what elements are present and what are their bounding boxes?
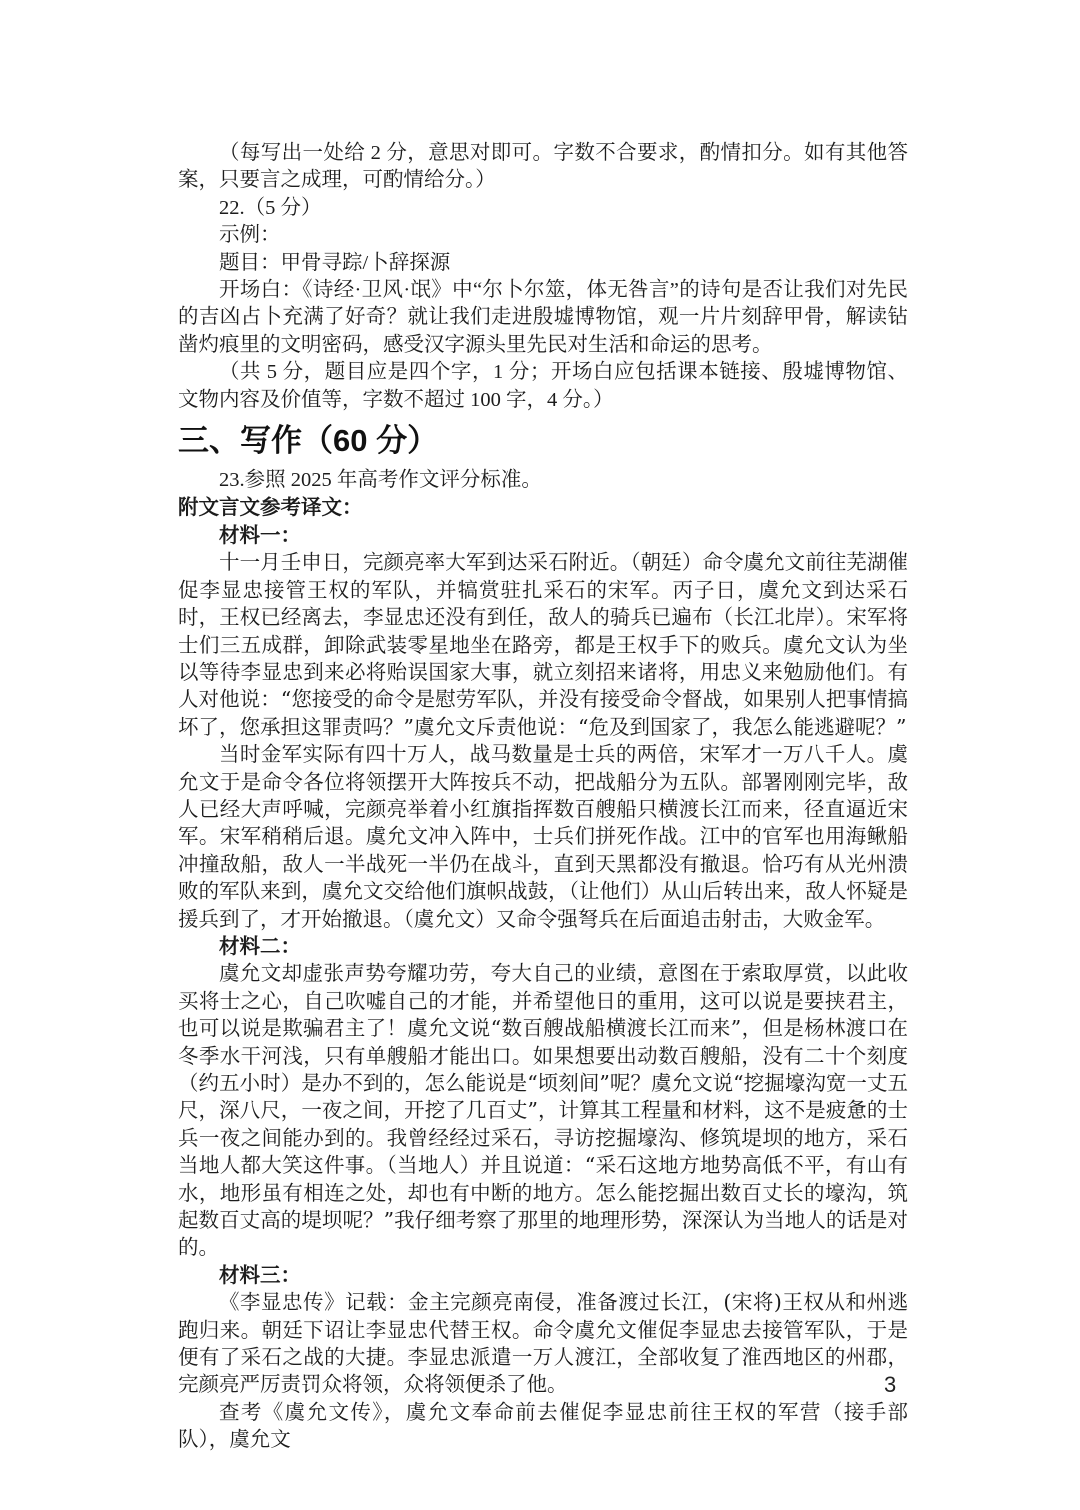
material-1-paragraph-2: 当时金军实际有四十万人，战马数量是士兵的两倍，宋军才一万八千人。虞允文于是命令各… (178, 741, 908, 933)
material-1-paragraph-1: 十一月壬申日，完颜亮率大军到达采石附近。（朝廷）命令虞允文前往芜湖催促李显忠接管… (178, 549, 908, 741)
q22-opening-paragraph: 开场白：《诗经·卫风·氓》中“尔卜尔筮，体无咎言”的诗句是否让我们对先民的吉凶占… (178, 277, 908, 359)
q22-scoring-note: （共 5 分，题目应是四个字，1 分；开场白应包括课本链接、殷墟博物馆、文物内容… (178, 359, 908, 414)
q23-line: 23.参照 2025 年高考作文评分标准。 (178, 467, 908, 494)
material-2-paragraph-1: 虞允文却虚张声势夸耀功劳，夸大自己的业绩，意图在于索取厚赏，以此收买将士之心，自… (178, 960, 908, 1261)
section-writing-heading: 三、写作（60 分） (178, 419, 908, 463)
material-2-label: 材料二： (178, 933, 908, 960)
q21-scoring-note: （每写出一处给 2 分，意思对即可。字数不合要求，酌情扣分。如有其他答案，只要言… (178, 140, 908, 195)
material-3-paragraph-2: 查考《虞允文传》，虞允文奉命前去催促李显忠前往王权的军营（接手部队），虞允文 (178, 1399, 908, 1454)
q22-header: 22.（5 分） (178, 195, 908, 222)
page-content: （每写出一处给 2 分，意思对即可。字数不合要求，酌情扣分。如有其他答案，只要言… (178, 140, 908, 1454)
material-3-paragraph-1: 《李显忠传》记载：金主完颜亮南侵，准备渡过长江，(宋将)王权从和州逃跑归来。朝廷… (178, 1289, 908, 1399)
q22-title-line: 题目：甲骨寻踪/卜辞探源 (178, 250, 908, 277)
page-number: 3 (884, 1372, 896, 1398)
translation-heading: 附文言文参考译文： (178, 494, 908, 521)
material-3-label: 材料三： (178, 1262, 908, 1289)
q22-example-label: 示例： (178, 222, 908, 249)
exam-answer-page: （每写出一处给 2 分，意思对即可。字数不合要求，酌情扣分。如有其他答案，只要言… (0, 0, 1080, 1510)
material-1-label: 材料一： (178, 522, 908, 549)
